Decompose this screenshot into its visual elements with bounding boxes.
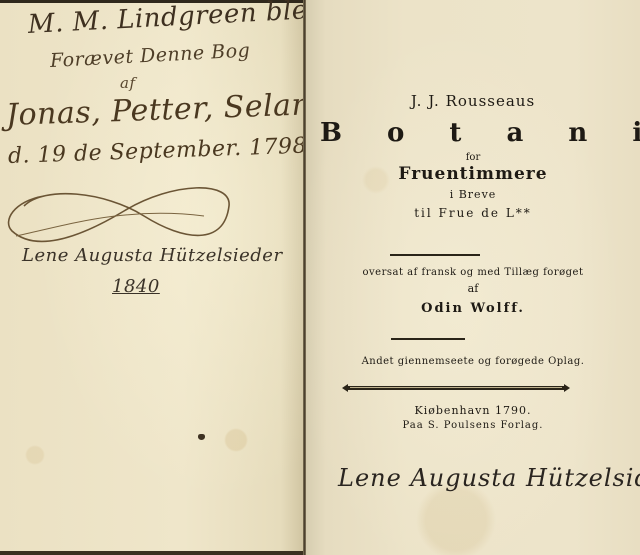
inscription-line-2: Forævet Denne Bog xyxy=(49,40,250,72)
owner-signature-year: 1840 xyxy=(112,276,160,297)
owner-signature-1840: Lene Augusta Hützelsieder xyxy=(22,245,283,266)
left-flyleaf-page: M. M. Lindgreen blevet Forævet Denne Bog… xyxy=(0,0,305,555)
edition-note: Andet giennemseete og forøgede Oplag. xyxy=(306,356,640,367)
translation-note: oversat af fransk og med Tillæg forøget xyxy=(306,267,640,278)
imprint-place-year: Kiøbenhavn 1790. xyxy=(306,404,640,417)
ornamental-rule-icon xyxy=(340,382,572,394)
book-title: B o t a n i k xyxy=(306,118,640,148)
book-addressee: til Frue de L** xyxy=(306,206,640,220)
inscription-date: d. 19 de September. 1798 xyxy=(8,134,305,169)
inscription-line-3: af xyxy=(120,74,136,92)
imprint-publisher: Paa S. Poulsens Forlag. xyxy=(306,420,640,431)
translator-by: af xyxy=(306,282,640,295)
book-subtitle: Fruentimmere xyxy=(306,164,640,184)
translator-name: Odin Wolff. xyxy=(306,301,640,316)
divider-rule-middle xyxy=(391,338,465,340)
ink-blot xyxy=(198,434,205,440)
inscription-owner-name: Jonas, Petter, Selander xyxy=(5,86,305,133)
title-connector: for xyxy=(306,152,640,163)
pen-flourish-icon xyxy=(4,176,236,256)
title-page-signature: Lene Augusta Hützelsider xyxy=(338,464,640,492)
book-spread: M. M. Lindgreen blevet Forævet Denne Bog… xyxy=(0,0,640,555)
author-line: J. J. Rousseaus xyxy=(306,92,640,110)
divider-rule-top xyxy=(390,254,480,256)
book-form: i Breve xyxy=(306,188,640,201)
inscription-line-1: M. M. Lindgreen blevet xyxy=(27,0,305,40)
